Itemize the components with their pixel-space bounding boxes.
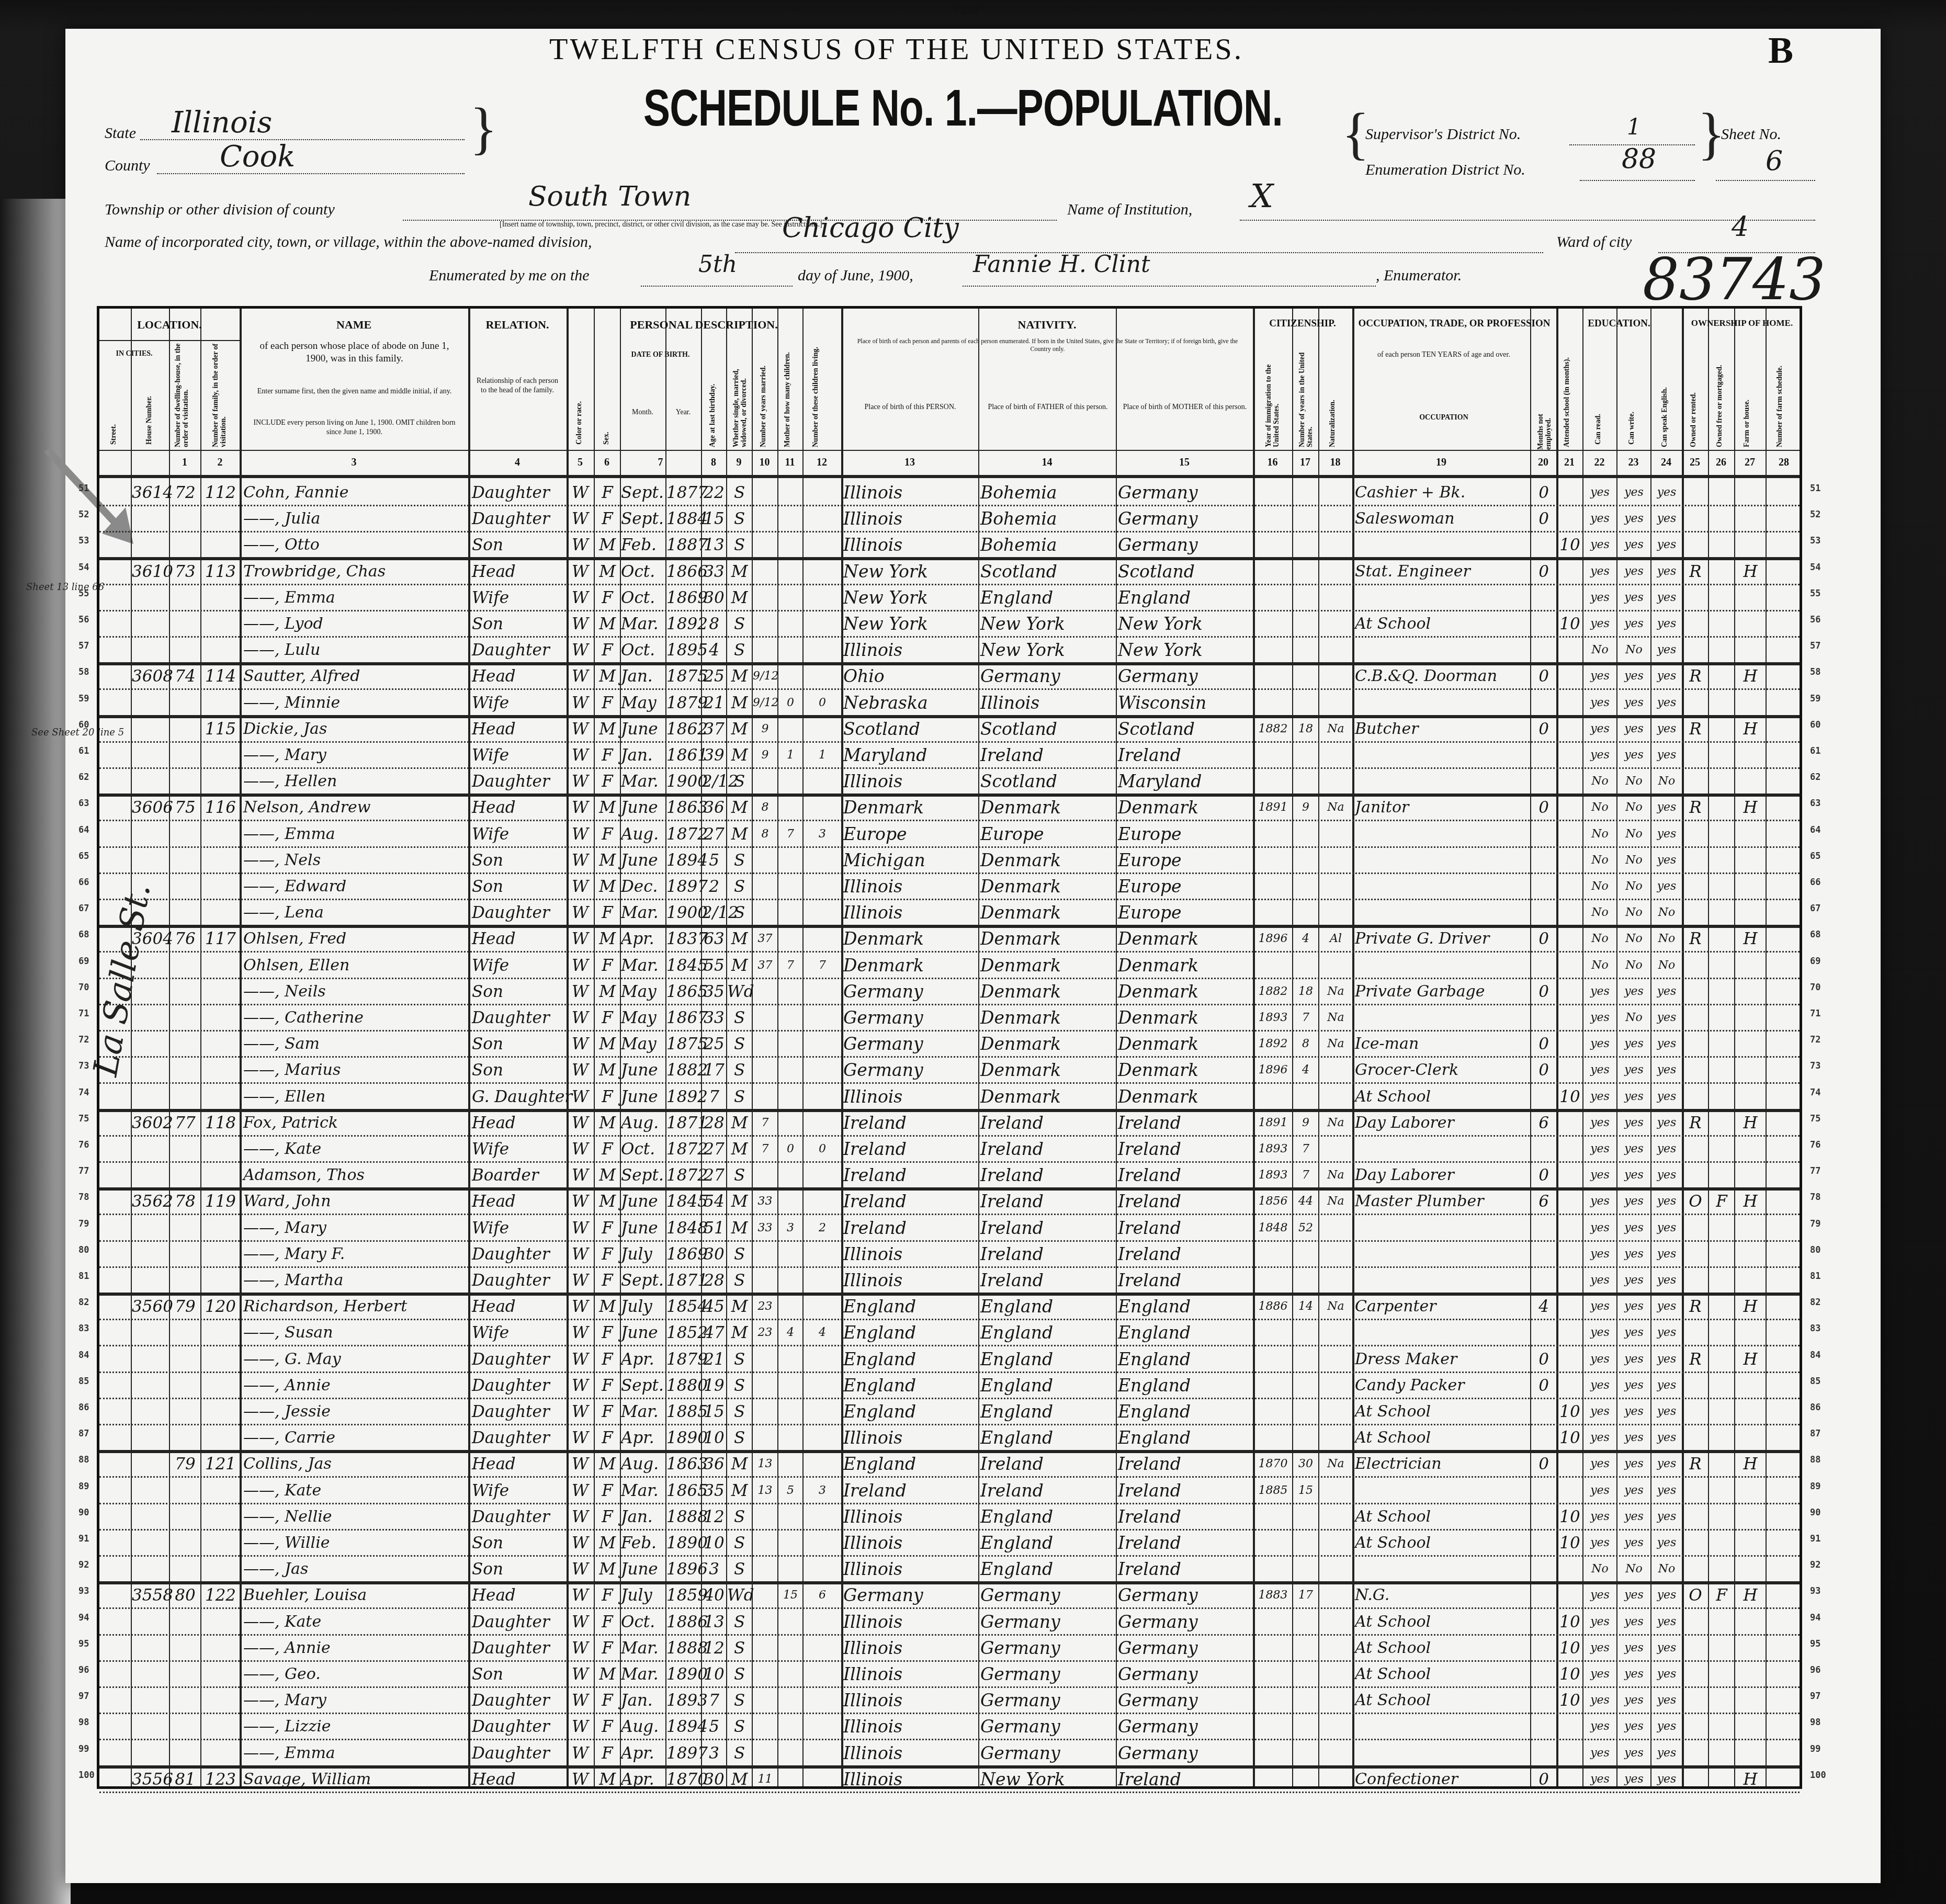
cell-years-married (753, 876, 777, 898)
cell-can-speak-english: No (1651, 1558, 1682, 1580)
cell-farm-house (1735, 1059, 1766, 1081)
cell-birthplace-person: Illinois (843, 1243, 978, 1265)
cell-children-living: 2 (804, 1217, 841, 1239)
cell-family-number (201, 1138, 240, 1160)
cell-owned-rented: O (1683, 1191, 1708, 1212)
line-number-left: 77 (78, 1166, 89, 1176)
header-family: Number of family, in the order of visita… (212, 343, 228, 447)
cell-school-months (1557, 1742, 1582, 1764)
cell-free-mortgaged (1709, 1427, 1734, 1449)
cell-birthplace-person: Denmark (843, 797, 978, 819)
cell-owned-rented (1683, 1243, 1708, 1265)
cell-birthplace-father: New York (980, 639, 1115, 661)
cell-birthplace-person: New York (843, 613, 978, 635)
cell-children-born (778, 665, 802, 687)
supervisor-label: Supervisor's District No. (1365, 126, 1521, 143)
line-number-right: 89 (1810, 1481, 1820, 1492)
cell-dwelling-number (170, 613, 200, 635)
cell-farm-schedule (1767, 928, 1801, 950)
cell-children-born: 15 (778, 1584, 802, 1606)
cell-can-write: No (1617, 902, 1650, 924)
cell-months-unemployed (1531, 1322, 1556, 1344)
cell-house-number (132, 1663, 169, 1685)
cell-can-write: yes (1617, 1453, 1650, 1475)
cell-birth-month: Aug. (621, 1716, 665, 1738)
cell-birthplace-mother: Denmark (1118, 1033, 1253, 1055)
cell-owned-rented (1683, 1164, 1708, 1186)
cell-school-months: 10 (1557, 1532, 1582, 1554)
cell-family-number (201, 955, 240, 977)
cell-farm-house (1735, 587, 1766, 609)
cell-years-married (753, 1086, 777, 1108)
cell-birth-month: Mar. (621, 1637, 665, 1659)
cell-school-months: 10 (1557, 534, 1582, 556)
cell-school-months (1557, 1558, 1582, 1580)
cell-relation: Son (472, 849, 566, 871)
cell-birthplace-father: England (980, 1348, 1115, 1370)
cell-years-married: 9 (753, 718, 777, 740)
cell-color: W (568, 981, 593, 1003)
table-row: ——, EmmaWifeWFOct.186930MNew YorkEngland… (99, 584, 1800, 610)
cell-farm-house (1735, 1690, 1766, 1712)
cell-house-number (132, 1164, 169, 1186)
cell-birthplace-person: Germany (843, 1007, 978, 1029)
line-number-left: 76 (78, 1140, 89, 1150)
cell-sex: M (595, 534, 620, 556)
cell-years-in-us: 4 (1293, 928, 1318, 950)
cell-school-months (1557, 482, 1582, 504)
cell-farm-schedule (1767, 1401, 1801, 1423)
cell-years-in-us (1293, 823, 1318, 845)
line-number-right: 56 (1810, 615, 1820, 625)
ed-value: 88 (1622, 143, 1656, 175)
cell-birthplace-person: Ohio (843, 665, 978, 687)
cell-school-months: 10 (1557, 1401, 1582, 1423)
cell-owned-rented (1683, 1086, 1708, 1108)
cell-free-mortgaged (1709, 1637, 1734, 1659)
cell-can-write: yes (1617, 1532, 1650, 1554)
line-number-left: 66 (78, 877, 89, 888)
cell-children-born: 3 (778, 1217, 802, 1239)
cell-occupation (1355, 639, 1530, 661)
cell-free-mortgaged (1709, 718, 1734, 740)
cell-birth-month: June (621, 718, 665, 740)
cell-can-read: yes (1583, 508, 1616, 530)
cell-children-born (778, 1769, 802, 1790)
cell-relation: Daughter (472, 770, 566, 792)
cell-dwelling-number (170, 955, 200, 977)
cell-can-read: No (1583, 928, 1616, 950)
cell-months-unemployed: 0 (1531, 508, 1556, 530)
cell-months-unemployed (1531, 639, 1556, 661)
line-number-left: 79 (78, 1219, 89, 1229)
cell-school-months (1557, 744, 1582, 766)
column-number: 15 (1116, 457, 1253, 469)
cell-months-unemployed: 0 (1531, 1375, 1556, 1397)
cell-naturalization: Na (1319, 1296, 1352, 1318)
cell-sex: F (595, 692, 620, 714)
sheet-label: Sheet No. (1721, 126, 1781, 143)
cell-birth-year: 1870 (666, 1769, 701, 1790)
cell-family-number (201, 508, 240, 530)
cell-children-born (778, 1033, 802, 1055)
cell-marital-status: S (727, 1086, 752, 1108)
cell-sex: F (595, 1584, 620, 1606)
cell-naturalization (1319, 1716, 1352, 1738)
cell-can-read: No (1583, 955, 1616, 977)
cell-children-living: 3 (804, 823, 841, 845)
cell-can-write: No (1617, 797, 1650, 819)
cell-birthplace-father: England (980, 1322, 1115, 1344)
cell-immigration-year: 1885 (1254, 1480, 1292, 1502)
cell-birthplace-father: Germany (980, 1716, 1115, 1738)
cell-can-speak-english: yes (1651, 1742, 1682, 1764)
header-name: NAME (240, 318, 468, 332)
cell-can-read: yes (1583, 1584, 1616, 1606)
cell-birth-month: June (621, 1322, 665, 1344)
cell-house-number (132, 849, 169, 871)
cell-birthplace-father: England (980, 1427, 1115, 1449)
cell-school-months (1557, 692, 1582, 714)
cell-house-number: 3562 (132, 1191, 169, 1212)
cell-can-speak-english: No (1651, 955, 1682, 977)
line-number-right: 88 (1810, 1455, 1820, 1465)
cell-can-write: yes (1617, 1506, 1650, 1528)
cell-can-speak-english: yes (1651, 1453, 1682, 1475)
cell-children-born (778, 534, 802, 556)
cell-person-name: ——, Lulu (243, 639, 468, 661)
cell-farm-schedule (1767, 1243, 1801, 1265)
table-row: ——, KateWifeWFMar.186535M1353IrelandIrel… (99, 1477, 1800, 1503)
cell-naturalization: Na (1319, 797, 1352, 819)
cell-farm-house (1735, 1532, 1766, 1554)
cell-can-speak-english: yes (1651, 1112, 1682, 1134)
cell-can-read: yes (1583, 1007, 1616, 1029)
line-number-left: 92 (78, 1560, 89, 1570)
cell-birth-month: May (621, 1033, 665, 1055)
cell-school-months (1557, 1375, 1582, 1397)
cell-age: 63 (702, 928, 726, 950)
cell-can-write: No (1617, 639, 1650, 661)
cell-dwelling-number (170, 1164, 200, 1186)
cell-marital-status: M (727, 1191, 752, 1212)
cell-birth-month: Jan. (621, 744, 665, 766)
cell-birth-year: 1865 (666, 1480, 701, 1502)
enumerated-middle: day of June, 1900, (798, 267, 913, 285)
cell-owned-rented: R (1683, 1453, 1708, 1475)
cell-years-in-us: 18 (1293, 981, 1318, 1003)
header-school: Attended school (in months). (1563, 343, 1571, 447)
cell-immigration-year (1254, 1427, 1292, 1449)
cell-naturalization (1319, 639, 1352, 661)
cell-can-write: yes (1617, 1243, 1650, 1265)
cell-immigration-year: 1886 (1254, 1296, 1292, 1318)
cell-immigration-year (1254, 1375, 1292, 1397)
table-row: 360874114Sautter, AlfredHeadWMJan.187525… (99, 662, 1800, 688)
cell-age: 36 (702, 1453, 726, 1475)
cell-can-write: No (1617, 823, 1650, 845)
table-row: ——, LuluDaughterWFOct.18954SIllinoisNew … (99, 636, 1800, 662)
cell-birthplace-father: Bohemia (980, 482, 1115, 504)
cell-person-name: Richardson, Herbert (243, 1296, 468, 1318)
cell-can-write: yes (1617, 1716, 1650, 1738)
cell-birthplace-father: Bohemia (980, 508, 1115, 530)
column-number: 5 (567, 457, 594, 469)
cell-owned-rented (1683, 587, 1708, 609)
cell-can-speak-english: yes (1651, 1243, 1682, 1265)
cell-can-read: yes (1583, 1217, 1616, 1239)
cell-months-unemployed (1531, 1558, 1556, 1580)
cell-can-read: yes (1583, 482, 1616, 504)
cell-sex: M (595, 928, 620, 950)
cell-immigration-year (1254, 1637, 1292, 1659)
cell-owned-rented (1683, 849, 1708, 871)
cell-can-write: yes (1617, 1112, 1650, 1134)
cell-children-living (804, 770, 841, 792)
cell-house-number: 3602 (132, 1112, 169, 1134)
table-row: ——, MariusSonWMJune188217SGermanyDenmark… (99, 1056, 1800, 1082)
cell-color: W (568, 1506, 593, 1528)
cell-can-write: yes (1617, 1296, 1650, 1318)
line-number-left: 72 (78, 1035, 89, 1045)
cell-relation: Head (472, 1191, 566, 1212)
cell-birthplace-person: Illinois (843, 1663, 978, 1685)
line-number-left: 83 (78, 1323, 89, 1334)
state-field: Illinois (140, 115, 465, 140)
cell-house-number (132, 718, 169, 740)
cell-immigration-year (1254, 744, 1292, 766)
cell-birthplace-father: Germany (980, 1637, 1115, 1659)
cell-years-in-us (1293, 1086, 1318, 1108)
cell-farm-schedule (1767, 1427, 1801, 1449)
cell-children-living (804, 1427, 841, 1449)
line-number-right: 87 (1810, 1429, 1820, 1439)
cell-can-speak-english: yes (1651, 1007, 1682, 1029)
cell-relation: Daughter (472, 1007, 566, 1029)
cell-person-name: ——, Martha (243, 1270, 468, 1291)
header-dwelling: Number of dwelling-house, in the order o… (174, 343, 190, 447)
cell-dwelling-number: 73 (170, 561, 200, 583)
cell-months-unemployed (1531, 1506, 1556, 1528)
cell-farm-schedule (1767, 665, 1801, 687)
cell-birthplace-person: England (843, 1322, 978, 1344)
cell-school-months (1557, 1191, 1582, 1212)
cell-marital-status: S (727, 1506, 752, 1528)
cell-children-living (804, 1453, 841, 1475)
column-number: 7 (620, 457, 701, 469)
cell-birthplace-mother: England (1118, 1375, 1253, 1397)
line-number-left: 95 (78, 1639, 89, 1649)
cell-months-unemployed (1531, 1270, 1556, 1291)
cell-birthplace-mother: Germany (1118, 1584, 1253, 1606)
cell-house-number (132, 508, 169, 530)
cell-sex: F (595, 955, 620, 977)
cell-occupation: At School (1355, 1506, 1530, 1528)
line-number-left: 53 (78, 536, 89, 546)
cell-months-unemployed (1531, 587, 1556, 609)
cell-free-mortgaged (1709, 1086, 1734, 1108)
cell-can-write: No (1617, 955, 1650, 977)
cell-occupation (1355, 744, 1530, 766)
line-number-right: 97 (1810, 1691, 1820, 1702)
cell-can-speak-english: yes (1651, 1217, 1682, 1239)
cell-naturalization (1319, 876, 1352, 898)
cell-years-married (753, 1558, 777, 1580)
cell-age: 13 (702, 1611, 726, 1633)
line-number-left: 91 (78, 1534, 89, 1544)
cell-birth-year: 1880 (666, 1375, 701, 1397)
cell-can-speak-english: yes (1651, 1611, 1682, 1633)
cell-can-speak-english: yes (1651, 1322, 1682, 1344)
cell-birth-year: 1890 (666, 1663, 701, 1685)
cell-months-unemployed (1531, 955, 1556, 977)
table-row: ——, LizzieDaughterWFAug.18945SIllinoisGe… (99, 1713, 1800, 1739)
cell-years-in-us (1293, 1663, 1318, 1685)
cell-farm-schedule (1767, 981, 1801, 1003)
cell-can-read: yes (1583, 744, 1616, 766)
cell-birthplace-mother: Ireland (1118, 1164, 1253, 1186)
cell-children-born (778, 1663, 802, 1685)
cell-months-unemployed (1531, 1716, 1556, 1738)
cell-immigration-year (1254, 1716, 1292, 1738)
cell-marital-status: S (727, 1716, 752, 1738)
cell-can-read: No (1583, 770, 1616, 792)
line-number-right: 63 (1810, 798, 1820, 809)
cell-free-mortgaged (1709, 928, 1734, 950)
cell-free-mortgaged (1709, 1690, 1734, 1712)
cell-birth-month: Mar. (621, 770, 665, 792)
cell-farm-house: H (1735, 665, 1766, 687)
cell-birthplace-person: Nebraska (843, 692, 978, 714)
line-number-left: 86 (78, 1402, 89, 1413)
line-number-right: 55 (1810, 588, 1820, 599)
cell-birthplace-person: Illinois (843, 1769, 978, 1790)
cell-free-mortgaged (1709, 1243, 1734, 1265)
cell-children-born (778, 639, 802, 661)
cell-relation: Daughter (472, 902, 566, 924)
cell-years-married (753, 1007, 777, 1029)
cell-free-mortgaged (1709, 770, 1734, 792)
cell-children-living (804, 1086, 841, 1108)
line-number-right: 67 (1810, 903, 1820, 914)
cell-person-name: ——, Annie (243, 1375, 468, 1397)
cell-house-number: 3610 (132, 561, 169, 583)
cell-immigration-year: 1893 (1254, 1007, 1292, 1029)
cell-person-name: Trowbridge, Chas (243, 561, 468, 583)
cell-children-living: 7 (804, 955, 841, 977)
cell-family-number (201, 1217, 240, 1239)
cell-house-number (132, 587, 169, 609)
cell-house-number (132, 1401, 169, 1423)
cell-occupation: At School (1355, 1427, 1530, 1449)
cell-family-number (201, 1164, 240, 1186)
cell-can-speak-english: No (1651, 928, 1682, 950)
cell-sex: M (595, 1769, 620, 1790)
cell-naturalization (1319, 955, 1352, 977)
column-number: 25 (1682, 457, 1708, 469)
cell-sex: F (595, 1506, 620, 1528)
cell-occupation (1355, 587, 1530, 609)
cell-birth-year: 1845 (666, 1191, 701, 1212)
cell-person-name: ——, Emma (243, 1742, 468, 1764)
sheet-field: 6 (1716, 161, 1815, 181)
cell-years-in-us: 18 (1293, 718, 1318, 740)
cell-years-in-us: 9 (1293, 797, 1318, 819)
cell-months-unemployed (1531, 692, 1556, 714)
cell-birth-month: June (621, 849, 665, 871)
cell-owned-rented: R (1683, 928, 1708, 950)
cell-marital-status: S (727, 1270, 752, 1291)
cell-person-name: ——, Jessie (243, 1401, 468, 1423)
cell-free-mortgaged (1709, 1375, 1734, 1397)
cell-occupation: At School (1355, 1663, 1530, 1685)
cell-sex: M (595, 1663, 620, 1685)
cell-years-in-us: 17 (1293, 1584, 1318, 1606)
cell-months-unemployed (1531, 1690, 1556, 1712)
header-dob: DATE OF BIRTH. (620, 350, 701, 360)
cell-immigration-year (1254, 1506, 1292, 1528)
cell-house-number (132, 1059, 169, 1081)
cell-birth-month: Sept. (621, 508, 665, 530)
cell-years-married (753, 1663, 777, 1685)
line-number-left: 52 (78, 509, 89, 520)
line-number-right: 79 (1810, 1219, 1820, 1229)
cell-immigration-year: 1891 (1254, 1112, 1292, 1134)
cell-farm-schedule (1767, 1191, 1801, 1212)
cell-farm-house (1735, 534, 1766, 556)
cell-school-months: 10 (1557, 1506, 1582, 1528)
cell-birth-year: 1900 (666, 902, 701, 924)
cell-house-number (132, 1480, 169, 1502)
line-number-left: 54 (78, 562, 89, 573)
cell-dwelling-number (170, 1558, 200, 1580)
cell-marital-status: S (727, 1059, 752, 1081)
cell-age: 45 (702, 1296, 726, 1318)
cell-farm-house (1735, 1427, 1766, 1449)
cell-owned-rented (1683, 1532, 1708, 1554)
cell-farm-schedule (1767, 1716, 1801, 1738)
cell-person-name: Ohlsen, Ellen (243, 955, 468, 977)
cell-owned-rented (1683, 613, 1708, 635)
cell-marital-status: M (727, 955, 752, 977)
cell-birth-month: Oct. (621, 1138, 665, 1160)
cell-can-write: No (1617, 1558, 1650, 1580)
cell-person-name: Cohn, Fannie (243, 482, 468, 504)
line-number-left: 85 (78, 1376, 89, 1387)
cell-occupation: At School (1355, 1637, 1530, 1659)
table-row: ——, OttoSonWMFeb.188713SIllinoisBohemiaG… (99, 531, 1800, 557)
column-number: 10 (752, 457, 777, 469)
cell-birthplace-father: Scotland (980, 770, 1115, 792)
cell-age: 19 (702, 1375, 726, 1397)
cell-color: W (568, 1611, 593, 1633)
cell-farm-schedule (1767, 639, 1801, 661)
cell-occupation (1355, 955, 1530, 977)
cell-birthplace-person: Illinois (843, 876, 978, 898)
cell-family-number: 122 (201, 1584, 240, 1606)
cell-years-married (753, 587, 777, 609)
table-row: ——, KateWifeWFOct.187227M700IrelandIrela… (99, 1135, 1800, 1161)
cell-free-mortgaged (1709, 797, 1734, 819)
cell-house-number (132, 1453, 169, 1475)
cell-years-in-us (1293, 1716, 1318, 1738)
cell-farm-house (1735, 1558, 1766, 1580)
cell-dwelling-number (170, 639, 200, 661)
cell-years-in-us (1293, 534, 1318, 556)
cell-family-number (201, 1637, 240, 1659)
cell-years-married (753, 1637, 777, 1659)
cell-can-read: yes (1583, 1059, 1616, 1081)
